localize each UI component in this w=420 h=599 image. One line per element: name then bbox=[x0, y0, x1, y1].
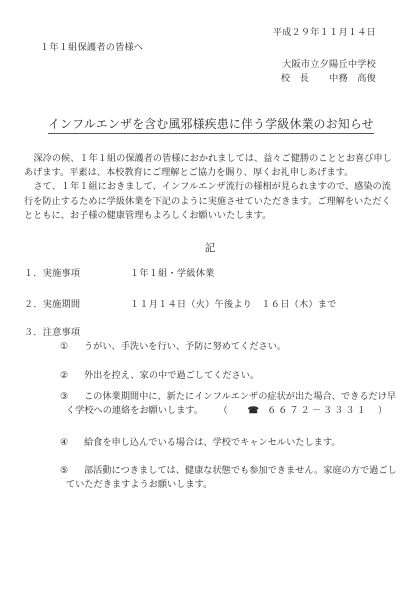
note-text: うがい、手洗いを行い、予防に努めてください。 bbox=[84, 341, 286, 352]
phone-icon: ☎ bbox=[248, 404, 259, 418]
phone-close-paren: ） bbox=[378, 405, 387, 416]
note-number: ① bbox=[60, 340, 84, 354]
note-text: この休業期間中に、新たにインフルエンザの症状が出た場合、できるだけ早 bbox=[84, 391, 396, 402]
note-continuation: く学校への連絡をお願いします。（☎６６７２－３３３１） bbox=[60, 404, 405, 418]
note-item: ⑤部活動につきましては、健康な状態でも参加できません。家庭の方で過ごし ていただ… bbox=[60, 464, 405, 491]
note-number: ② bbox=[60, 369, 84, 383]
note-number: ⑤ bbox=[60, 464, 84, 478]
note-number: ③ bbox=[60, 390, 84, 404]
note-continuation: ていただきますようお願いします。 bbox=[60, 478, 405, 492]
phone-number: ６６７２－３３３１ bbox=[267, 405, 368, 416]
phone-open-paren: （ bbox=[223, 405, 228, 416]
note-item: ②外出を控え、家の中で過ごしてください。 bbox=[60, 369, 259, 383]
note-item: ④給食を申し込んでいる場合は、学校でキャンセルいたします。 bbox=[60, 436, 341, 450]
note-continuation-text: く学校への連絡をお願いします。 bbox=[66, 405, 203, 416]
note-text: 部活動につきましては、健康な状態でも参加できません。家庭の方で過ごし bbox=[84, 465, 397, 476]
note-text: 外出を控え、家の中で過ごしてください。 bbox=[84, 370, 259, 381]
note-item: ③この休業期間中に、新たにインフルエンザの症状が出た場合、できるだけ早 く学校へ… bbox=[60, 390, 405, 417]
note-number: ④ bbox=[60, 436, 84, 450]
note-text: 給食を申し込んでいる場合は、学校でキャンセルいたします。 bbox=[84, 437, 341, 448]
notes-list: ①うがい、手洗いを行い、予防に努めてください。 ②外出を控え、家の中で過ごしてく… bbox=[60, 0, 400, 599]
note-item: ①うがい、手洗いを行い、予防に努めてください。 bbox=[60, 340, 286, 354]
